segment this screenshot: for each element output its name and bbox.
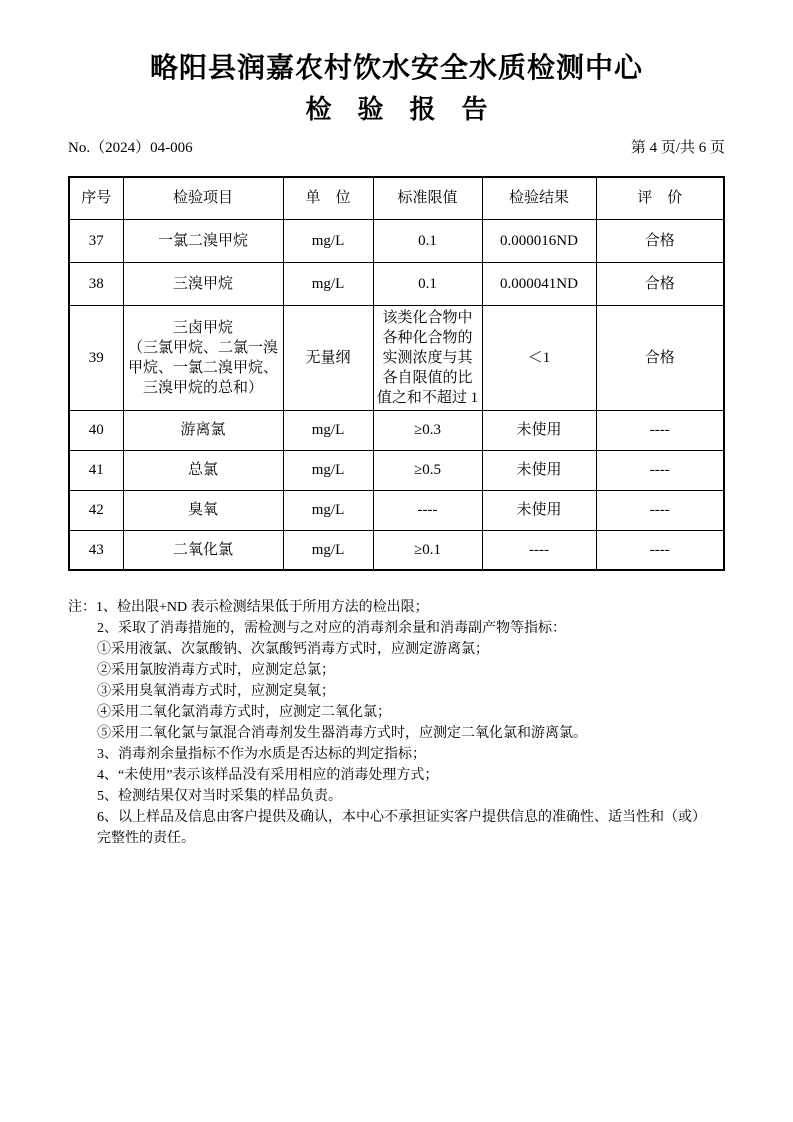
cell-evaluation: 合格 <box>596 262 724 305</box>
cell-result: 未使用 <box>482 450 596 490</box>
cell-unit: mg/L <box>283 490 373 530</box>
cell-unit: mg/L <box>283 410 373 450</box>
cell-unit: mg/L <box>283 530 373 570</box>
cell-result: 未使用 <box>482 410 596 450</box>
cell-item: 三溴甲烷 <box>123 262 283 305</box>
cell-evaluation: 合格 <box>596 305 724 410</box>
page-indicator: 第 4 页/共 6 页 <box>631 138 725 158</box>
cell-limit: 0.1 <box>373 262 482 305</box>
table-row: 40 游离氯 mg/L ≥0.3 未使用 ---- <box>69 410 724 450</box>
cell-seq: 40 <box>69 410 123 450</box>
cell-item: 二氧化氯 <box>123 530 283 570</box>
note-line: ①采用液氯、次氯酸钠、次氯酸钙消毒方式时，应测定游离氯； <box>68 639 728 660</box>
note-line: ②采用氯胺消毒方式时，应测定总氯； <box>68 660 728 681</box>
note-line: ③采用臭氧消毒方式时，应测定臭氧； <box>68 681 728 702</box>
meta-row: No.（2024）04-006 第 4 页/共 6 页 <box>68 138 725 158</box>
cell-item: 臭氧 <box>123 490 283 530</box>
cell-limit: ≥0.1 <box>373 530 482 570</box>
report-title: 检 验 报 告 <box>68 94 725 126</box>
cell-limit: 0.1 <box>373 219 482 262</box>
table-header-row: 序号 检验项目 单 位 标准限值 检验结果 评 价 <box>69 177 724 219</box>
page-title: 略阳县润嘉农村饮水安全水质检测中心 <box>68 50 725 86</box>
cell-item: 一氯二溴甲烷 <box>123 219 283 262</box>
cell-evaluation: ---- <box>596 530 724 570</box>
note-line: 4、“未使用”表示该样品没有采用相应的消毒处理方式； <box>68 765 728 786</box>
cell-limit: ≥0.3 <box>373 410 482 450</box>
col-header-unit: 单 位 <box>283 177 373 219</box>
notes-section: 注：1、检出限+ND 表示检测结果低于所用方法的检出限； 2、采取了消毒措施的，… <box>68 597 728 849</box>
cell-evaluation: ---- <box>596 490 724 530</box>
cell-evaluation: ---- <box>596 410 724 450</box>
cell-seq: 43 <box>69 530 123 570</box>
table-row: 37 一氯二溴甲烷 mg/L 0.1 0.000016ND 合格 <box>69 219 724 262</box>
cell-seq: 39 <box>69 305 123 410</box>
col-header-item: 检验项目 <box>123 177 283 219</box>
cell-unit: mg/L <box>283 219 373 262</box>
table-row: 42 臭氧 mg/L ---- 未使用 ---- <box>69 490 724 530</box>
table-row: 41 总氯 mg/L ≥0.5 未使用 ---- <box>69 450 724 490</box>
cell-item: 游离氯 <box>123 410 283 450</box>
cell-limit: ≥0.5 <box>373 450 482 490</box>
cell-seq: 42 <box>69 490 123 530</box>
cell-limit: 该类化合物中 各种化合物的 实测浓度与其 各自限值的比 值之和不超过 1 <box>373 305 482 410</box>
table-row: 38 三溴甲烷 mg/L 0.1 0.000041ND 合格 <box>69 262 724 305</box>
cell-evaluation: ---- <box>596 450 724 490</box>
report-number: No.（2024）04-006 <box>68 138 193 158</box>
cell-result: 未使用 <box>482 490 596 530</box>
cell-unit: 无量纲 <box>283 305 373 410</box>
report-page: 略阳县润嘉农村饮水安全水质检测中心 检 验 报 告 No.（2024）04-00… <box>0 0 793 1122</box>
cell-result: ---- <box>482 530 596 570</box>
col-header-limit: 标准限值 <box>373 177 482 219</box>
note-line: ⑤采用二氧化氯与氯混合消毒剂发生器消毒方式时，应测定二氧化氯和游离氯。 <box>68 723 728 744</box>
results-table: 序号 检验项目 单 位 标准限值 检验结果 评 价 37 一氯二溴甲烷 mg/L… <box>68 176 725 571</box>
note-line: 6、以上样品及信息由客户提供及确认，本中心不承担证实客户提供信息的准确性、适当性… <box>68 807 728 849</box>
cell-unit: mg/L <box>283 262 373 305</box>
note-line: 2、采取了消毒措施的，需检测与之对应的消毒剂余量和消毒副产物等指标： <box>68 618 728 639</box>
cell-item: 总氯 <box>123 450 283 490</box>
cell-evaluation: 合格 <box>596 219 724 262</box>
table-row: 43 二氧化氯 mg/L ≥0.1 ---- ---- <box>69 530 724 570</box>
cell-seq: 37 <box>69 219 123 262</box>
cell-limit: ---- <box>373 490 482 530</box>
note-line: 5、检测结果仅对当时采集的样品负责。 <box>68 786 728 807</box>
cell-result: 0.000041ND <box>482 262 596 305</box>
cell-seq: 41 <box>69 450 123 490</box>
cell-unit: mg/L <box>283 450 373 490</box>
note-line: ④采用二氧化氯消毒方式时，应测定二氧化氯； <box>68 702 728 723</box>
cell-seq: 38 <box>69 262 123 305</box>
cell-result: 0.000016ND <box>482 219 596 262</box>
col-header-evaluation: 评 价 <box>596 177 724 219</box>
col-header-result: 检验结果 <box>482 177 596 219</box>
cell-result: ＜1 <box>482 305 596 410</box>
table-row: 39 三卤甲烷 （三氯甲烷、二氯一溴 甲烷、一氯二溴甲烷、 三溴甲烷的总和） 无… <box>69 305 724 410</box>
col-header-seq: 序号 <box>69 177 123 219</box>
note-line: 3、消毒剂余量指标不作为水质是否达标的判定指标； <box>68 744 728 765</box>
note-line: 注：1、检出限+ND 表示检测结果低于所用方法的检出限； <box>68 597 728 618</box>
cell-item: 三卤甲烷 （三氯甲烷、二氯一溴 甲烷、一氯二溴甲烷、 三溴甲烷的总和） <box>123 305 283 410</box>
